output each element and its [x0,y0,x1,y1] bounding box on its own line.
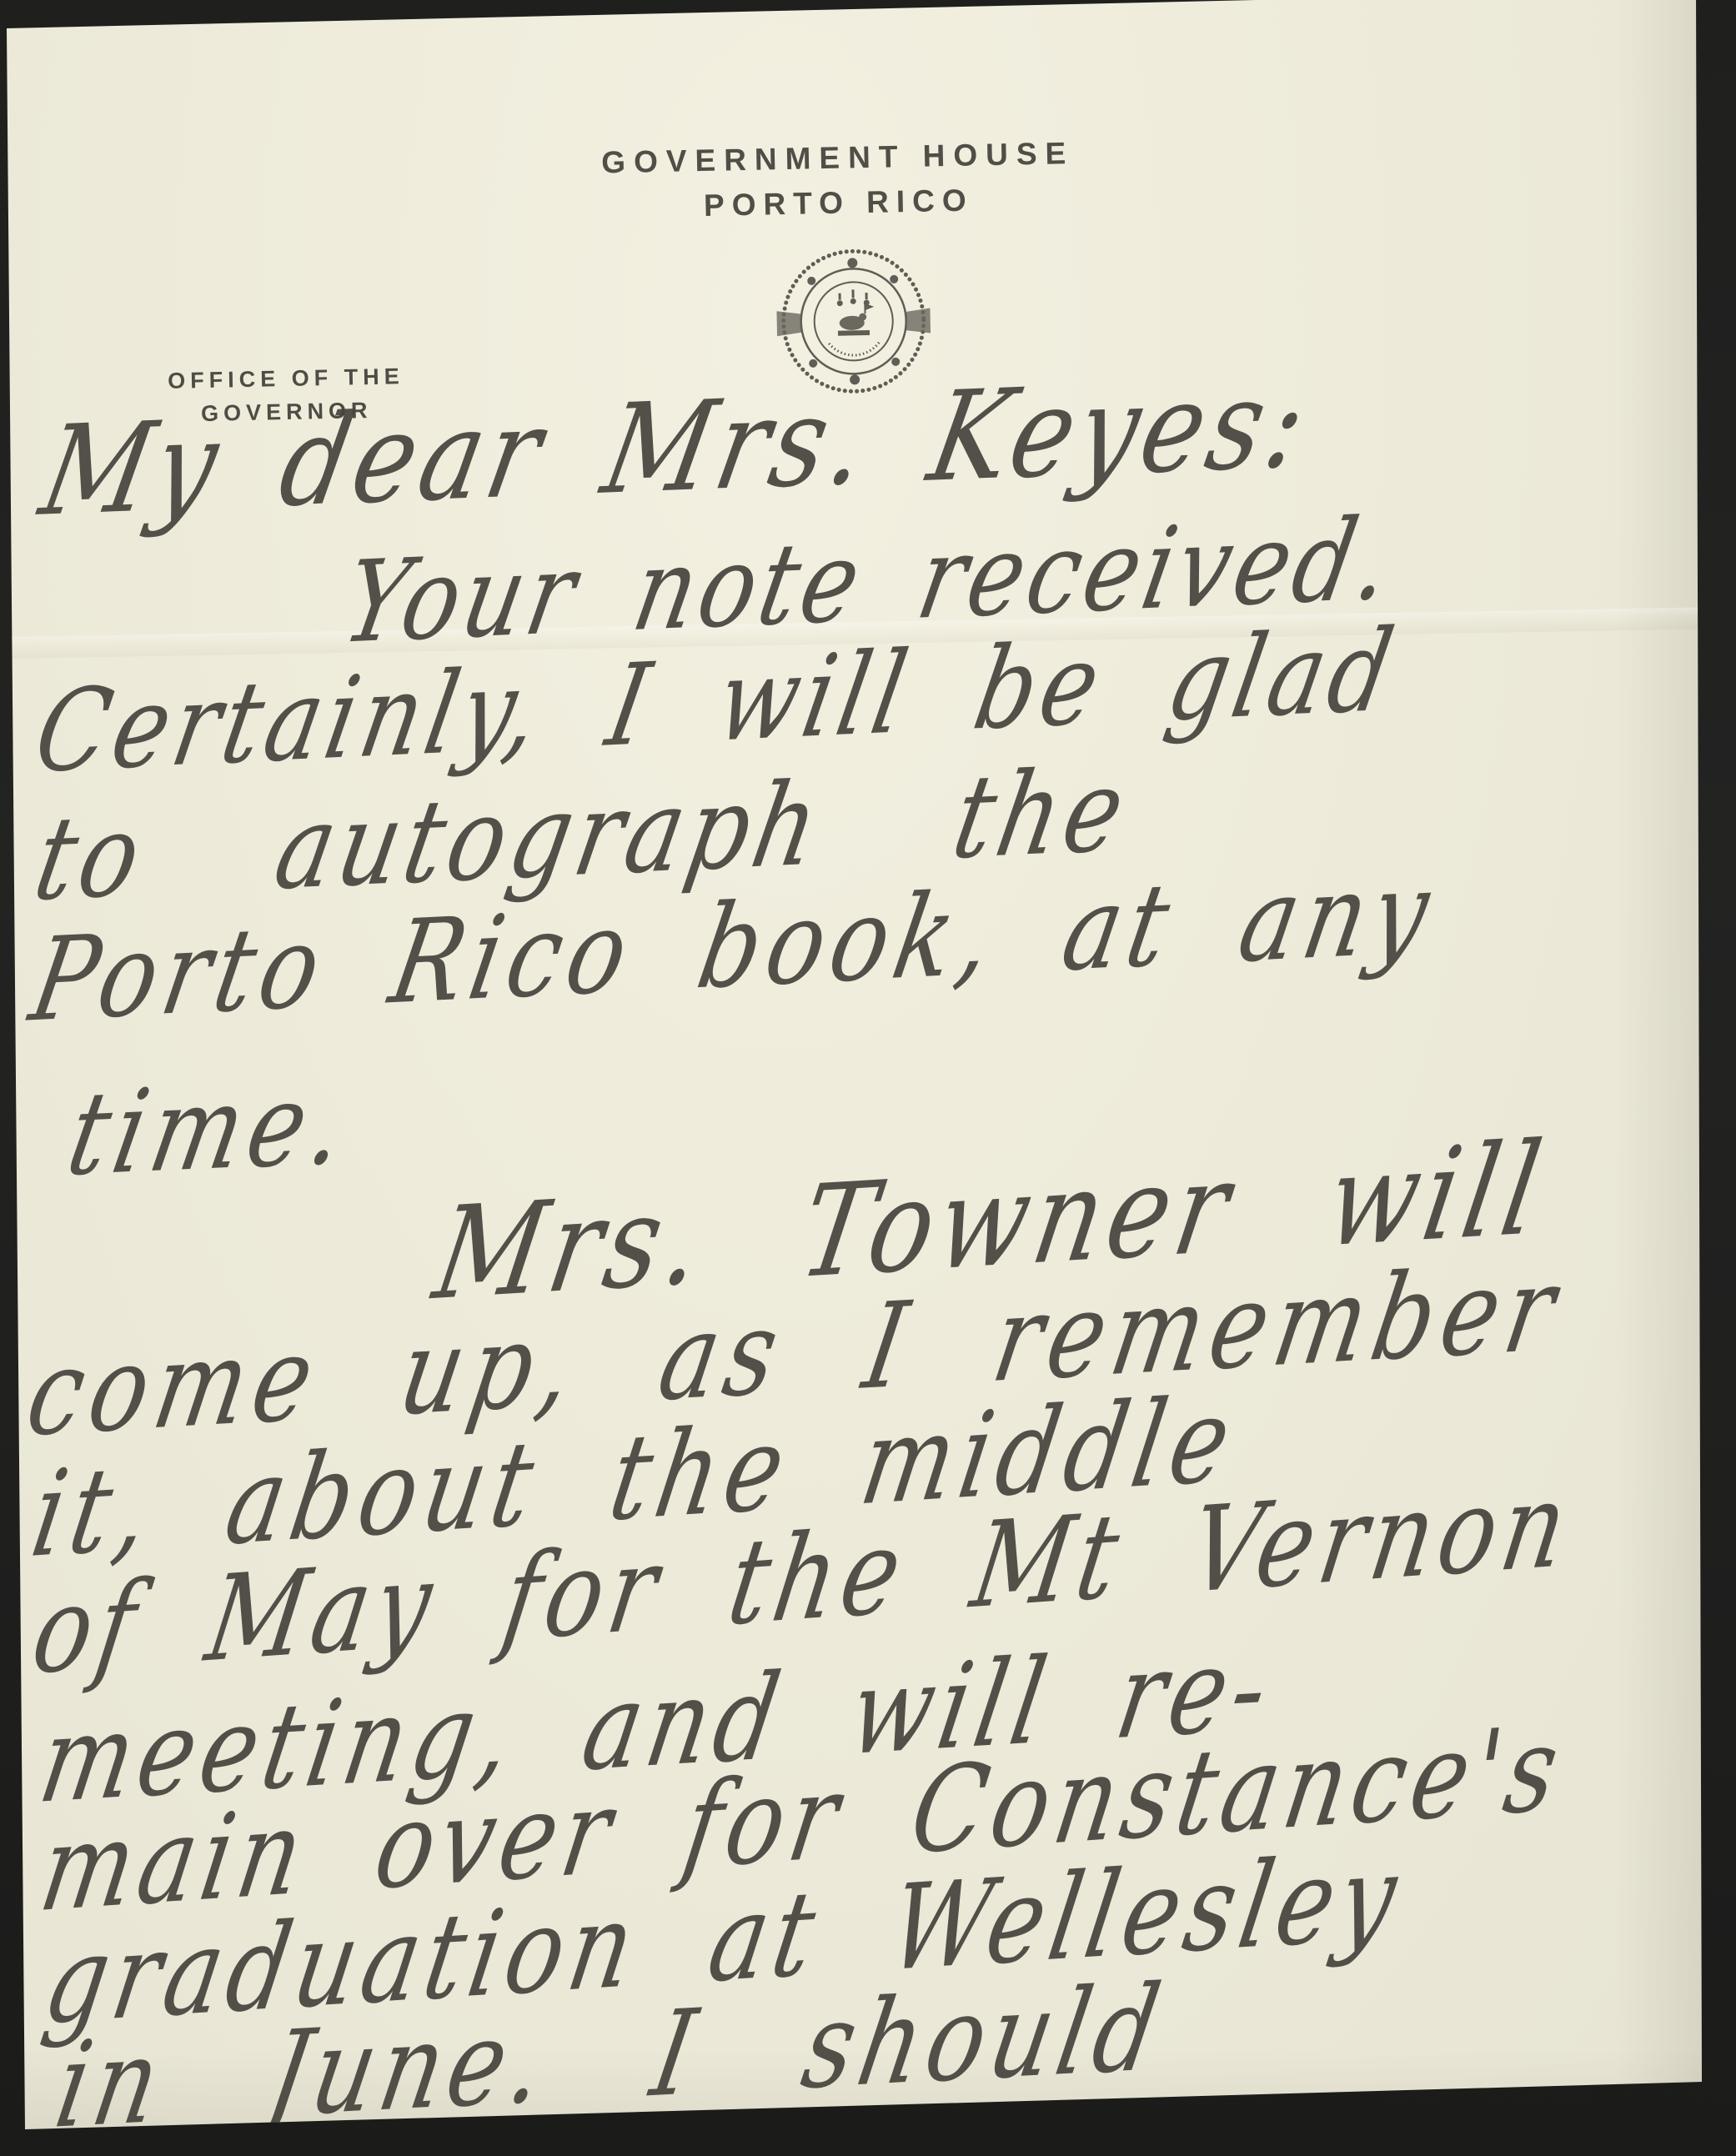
handwritten-line: time. [58,1055,362,1201]
photo-background: GOVERNMENT HOUSE PORTO RICO [0,0,1736,2156]
letterhead: GOVERNMENT HOUSE PORTO RICO [0,0,1733,18]
letter-page: GOVERNMENT HOUSE PORTO RICO [0,0,1736,2156]
